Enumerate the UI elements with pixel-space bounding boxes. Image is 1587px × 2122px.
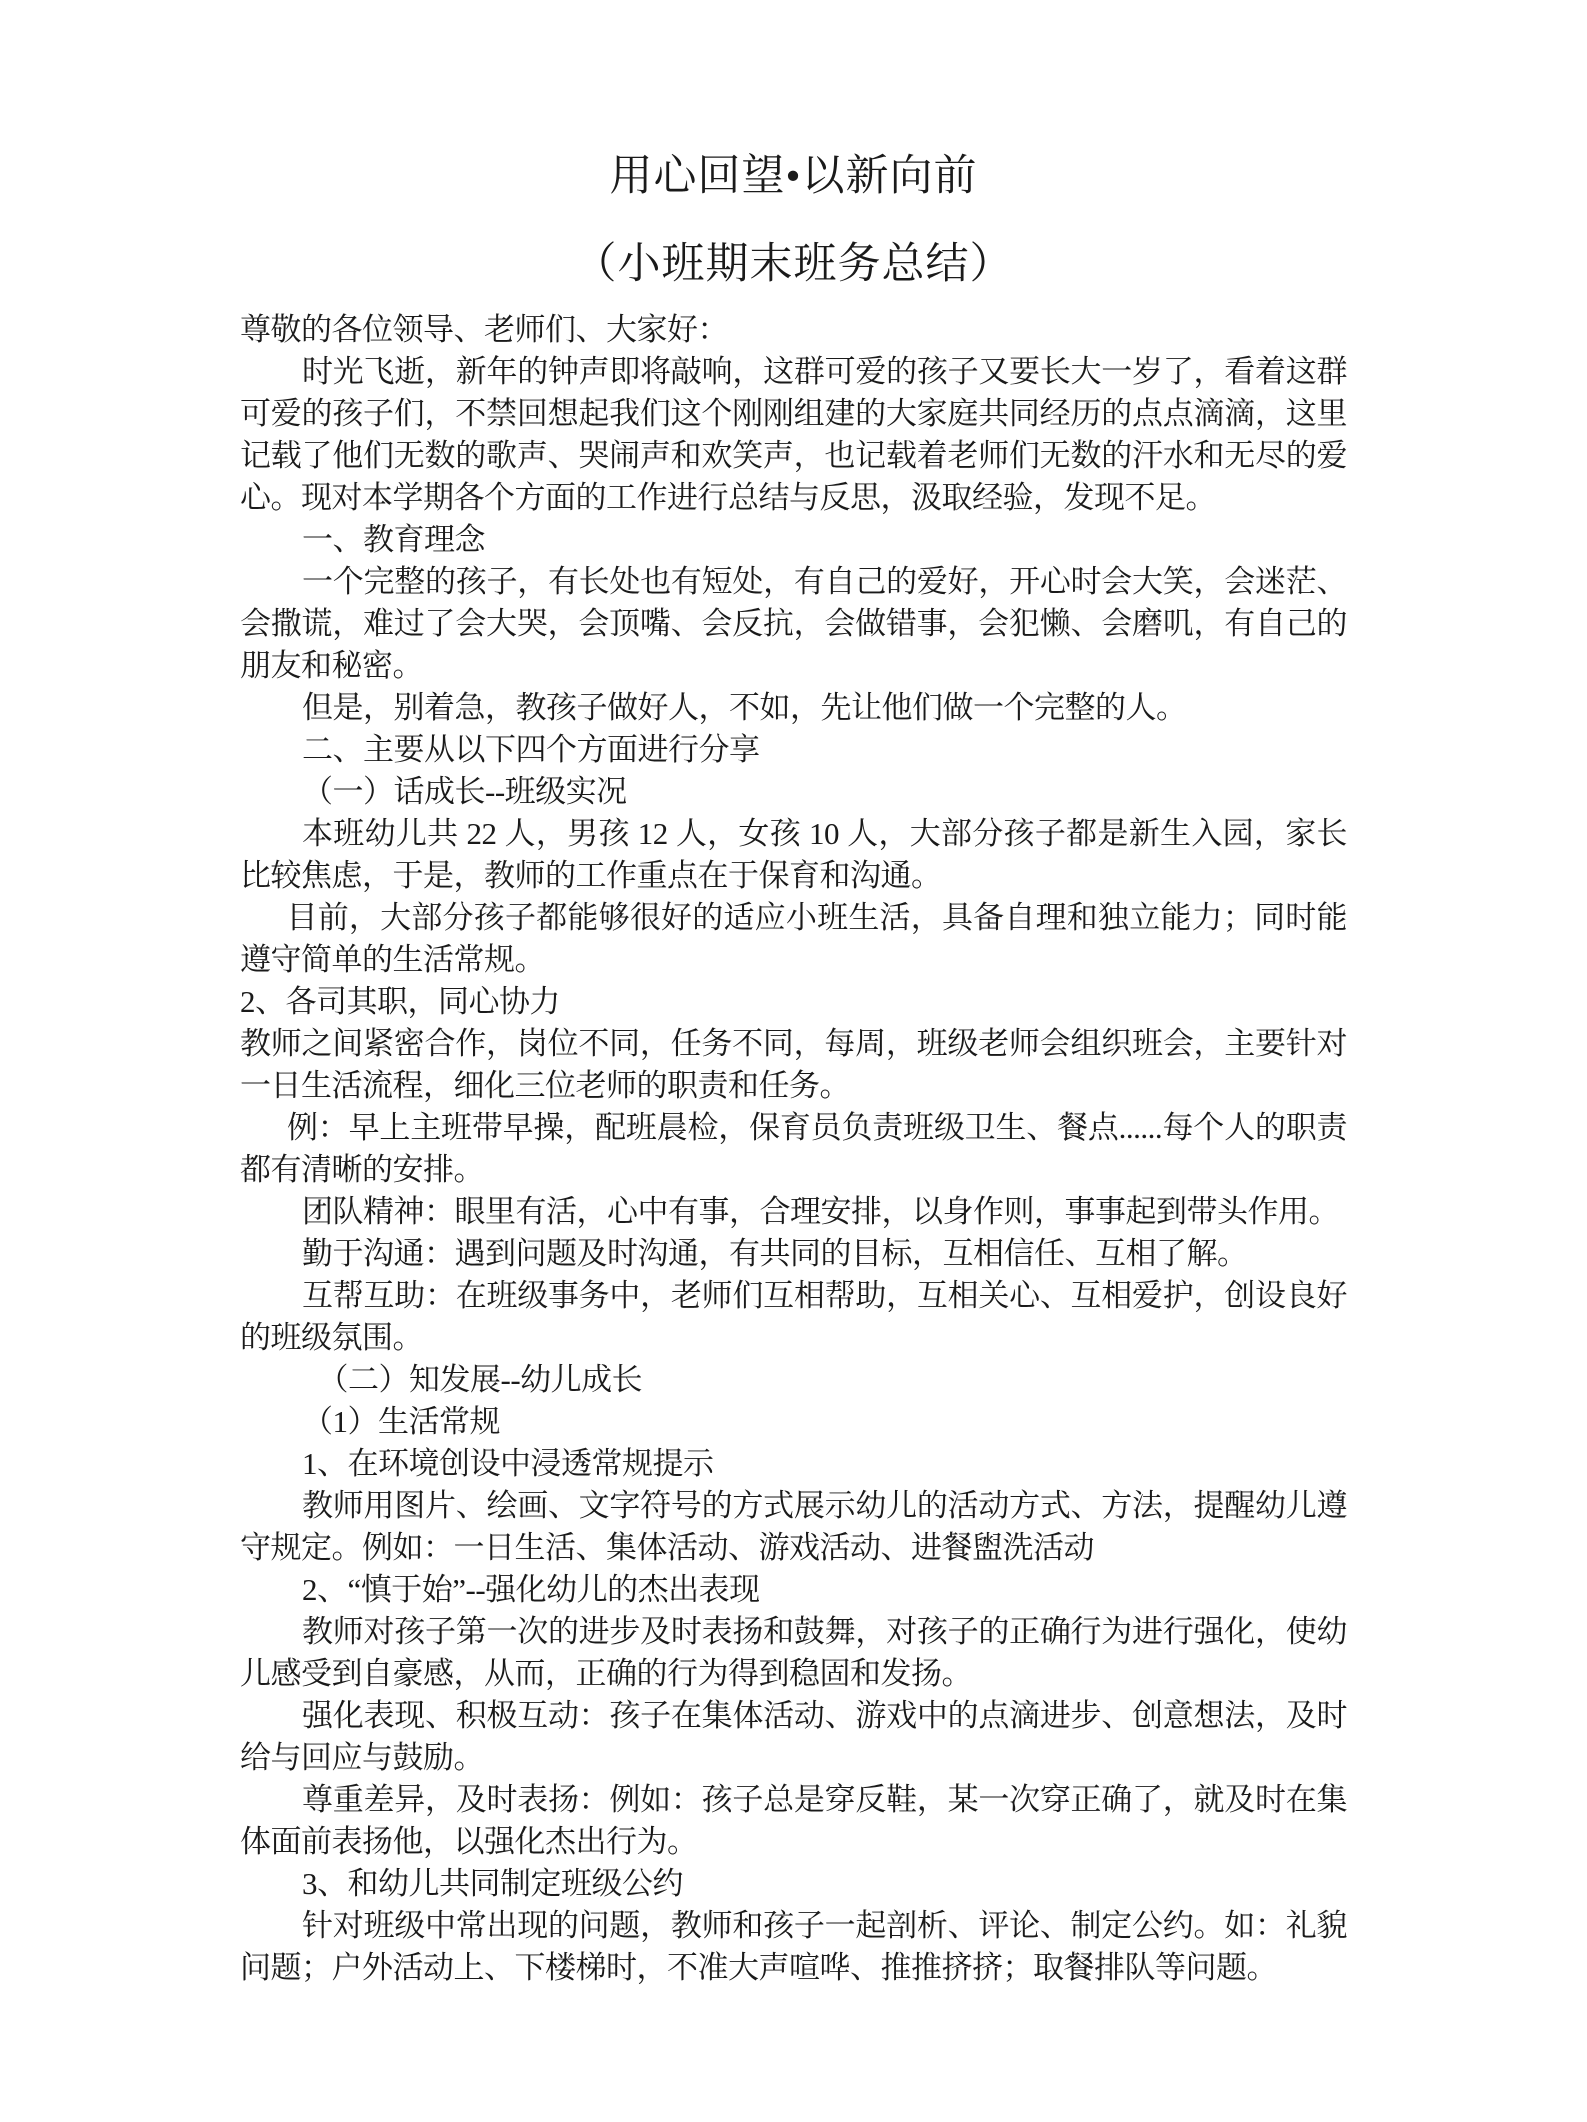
paragraph: 教师对孩子第一次的进步及时表扬和鼓舞，对孩子的正确行为进行强化，使幼儿感受到自豪… bbox=[240, 1611, 1347, 1695]
intro-paragraph: 时光飞逝，新年的钟声即将敲响，这群可爱的孩子又要长大一岁了，看着这群可爱的孩子们… bbox=[240, 351, 1347, 519]
heading-environment-cues: 1、在环境创设中浸透常规提示 bbox=[240, 1443, 1347, 1485]
paragraph: 一个完整的孩子，有长处也有短处，有自己的爱好，开心时会大笑，会迷茫、会撒谎，难过… bbox=[240, 561, 1347, 687]
heading-class-rules: 3、和幼儿共同制定班级公约 bbox=[240, 1863, 1347, 1905]
paragraph: 强化表现、积极互动：孩子在集体活动、游戏中的点滴进步、创意想法，及时给与回应与鼓… bbox=[240, 1695, 1347, 1779]
document-page: 用心回望•以新向前 （小班期末班务总结） 尊敬的各位领导、老师们、大家好： 时光… bbox=[0, 0, 1587, 2122]
document-title: 用心回望•以新向前 bbox=[240, 133, 1347, 221]
paragraph: 尊重差异，及时表扬：例如：孩子总是穿反鞋，某一次穿正确了，就及时在集体面前表扬他… bbox=[240, 1779, 1347, 1863]
paragraph: 但是，别着急，教孩子做好人，不如，先让他们做一个完整的人。 bbox=[240, 687, 1347, 729]
paragraph: 教师用图片、绘画、文字符号的方式展示幼儿的活动方式、方法，提醒幼儿遵守规定。例如… bbox=[240, 1485, 1347, 1569]
paragraph-team-spirit: 团队精神：眼里有活，心中有事，合理安排，以身作则，事事起到带头作用。 bbox=[240, 1191, 1347, 1233]
paragraph: 目前，大部分孩子都能够很好的适应小班生活，具备自理和独立能力；同时能遵守简单的生… bbox=[240, 897, 1347, 981]
example-paragraph: 例：早上主班带早操，配班晨检，保育员负责班级卫生、餐点......每个人的职责都… bbox=[240, 1107, 1347, 1191]
paragraph: 针对班级中常出现的问题，教师和孩子一起剖析、评论、制定公约。如：礼貌问题；户外活… bbox=[240, 1905, 1347, 1989]
heading-education-philosophy: 一、教育理念 bbox=[240, 519, 1347, 561]
paragraph-mutual-help: 互帮互助：在班级事务中，老师们互相帮助，互相关心、互相爱护，创设良好的班级氛围。 bbox=[240, 1275, 1347, 1359]
document-subtitle: （小班期末班务总结） bbox=[240, 221, 1347, 309]
paragraph: 教师之间紧密合作，岗位不同，任务不同，每周，班级老师会组织班会，主要针对一日生活… bbox=[240, 1023, 1347, 1107]
heading-reinforce-behavior: 2、“慎于始”--强化幼儿的杰出表现 bbox=[240, 1569, 1347, 1611]
heading-class-situation: （一）话成长--班级实况 bbox=[240, 771, 1347, 813]
paragraph-communication: 勤于沟通：遇到问题及时沟通，有共同的目标，互相信任、互相了解。 bbox=[240, 1233, 1347, 1275]
paragraph: 本班幼儿共 22 人，男孩 12 人，女孩 10 人，大部分孩子都是新生入园，家… bbox=[240, 813, 1347, 897]
heading-child-development: （二）知发展--幼儿成长 bbox=[240, 1359, 1347, 1401]
heading-four-aspects: 二、主要从以下四个方面进行分享 bbox=[240, 729, 1347, 771]
heading-daily-routine: （1）生活常规 bbox=[240, 1401, 1347, 1443]
greeting-line: 尊敬的各位领导、老师们、大家好： bbox=[240, 309, 1347, 351]
heading-roles-cooperation: 2、各司其职，同心协力 bbox=[240, 981, 1347, 1023]
